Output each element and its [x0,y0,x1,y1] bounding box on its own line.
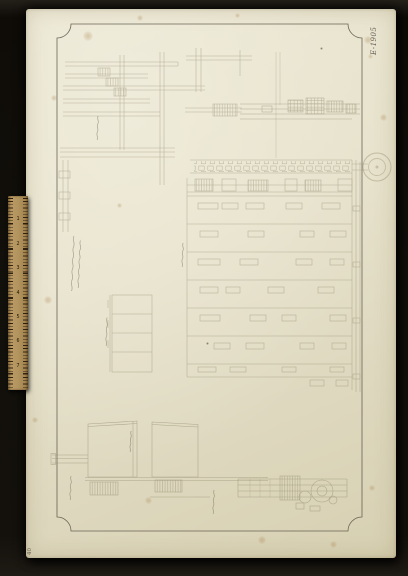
photograph-background: 1 2 3 4 5 6 7 [0,0,408,576]
ruler-ticks-right [23,198,28,388]
ruler-number: 1 [16,217,19,222]
drawing-sheet [26,9,396,558]
ruler-number: 7 [16,364,19,369]
ruler-number: 6 [16,339,19,344]
corner-mark: 40 [27,543,37,555]
inventory-number: E-1905 [370,20,386,62]
ruler-number: 3 [16,266,19,271]
scale-ruler: 1 2 3 4 5 6 7 [8,196,28,390]
ruler-number: 4 [16,291,19,296]
ruler-number: 5 [16,315,19,320]
ruler-numbers: 1 2 3 4 5 6 7 [13,198,23,388]
ruler-number: 2 [16,242,19,247]
